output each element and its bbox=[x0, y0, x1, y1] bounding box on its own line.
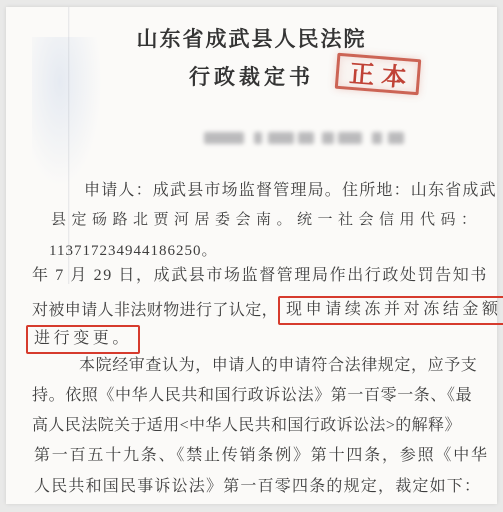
redacted-case-number bbox=[204, 131, 404, 145]
document-type-title: 行政裁定书 bbox=[6, 67, 497, 88]
redaction-block bbox=[338, 132, 362, 144]
ruling-line-5: 人民共和国民事诉讼法》第一百零四条的规定，裁定如下： bbox=[34, 479, 481, 495]
applicant-line-1: 申请人：成武县市场监督管理局。住所地：山东省成武 bbox=[84, 183, 497, 199]
scanned-document-view: 山东省成武县人民法院 行政裁定书 正本 申请人：成武县市场监督管理局。住所地：山… bbox=[0, 0, 503, 512]
redaction-block bbox=[254, 132, 262, 144]
redaction-block bbox=[322, 132, 334, 144]
redaction-block bbox=[388, 132, 404, 144]
request-line-3: 进行变更。 bbox=[26, 325, 140, 354]
request-line-2: 对被申请人非法财物进行了认定， 现申请续冻并对冻结金额 bbox=[32, 296, 503, 325]
request-line-2-prefix: 对被申请人非法财物进行了认定， bbox=[32, 303, 278, 319]
original-copy-stamp: 正本 bbox=[335, 53, 422, 95]
highlight-box-freeze-amount: 现申请续冻并对冻结金额 bbox=[278, 296, 503, 325]
ruling-line-3: 高人民法院关于适用<中华人民共和国行政诉讼法>的解释》 bbox=[32, 418, 461, 434]
ruling-line-4: 第一百五十九条、《禁止传销条例》第十四条，参照《中华 bbox=[34, 448, 489, 464]
highlight-box-change: 进行变更。 bbox=[26, 325, 140, 354]
request-line-1: 年 7 月 29 日，成武县市场监督管理局作出行政处罚告知书 bbox=[32, 268, 488, 284]
stamp-label: 正本 bbox=[348, 54, 415, 95]
redaction-block bbox=[204, 132, 244, 144]
ruling-line-2: 持。依照《中华人民共和国行政诉讼法》第一百零一条、《最 bbox=[32, 388, 472, 404]
redaction-block bbox=[268, 132, 294, 144]
applicant-credit-code: 113717234944186250。 bbox=[49, 244, 217, 259]
document-page: 山东省成武县人民法院 行政裁定书 正本 申请人：成武县市场监督管理局。住所地：山… bbox=[6, 7, 497, 504]
redaction-block bbox=[372, 132, 382, 144]
redaction-block bbox=[298, 132, 314, 144]
ruling-line-1: 本院经审查认为，申请人的申请符合法律规定，应予支 bbox=[79, 358, 477, 374]
court-name-title: 山东省成武县人民法院 bbox=[6, 29, 497, 50]
applicant-line-2: 县定砀路北贾河居委会南。统一社会信用代码： bbox=[51, 213, 482, 228]
